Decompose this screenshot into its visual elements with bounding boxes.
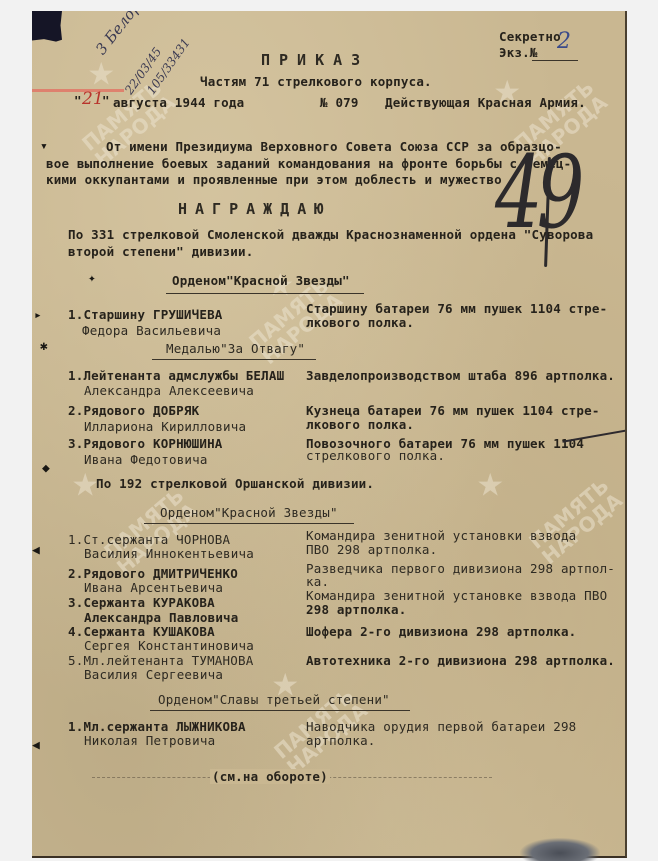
- date-quote-open: ": [74, 93, 82, 108]
- red-pencil-line: [32, 89, 124, 92]
- recipient-position-line-1: Командира зенитной установке взвода ПВО: [306, 588, 607, 603]
- watermark-text: ПАМЯТЬНАРОДА: [526, 474, 626, 567]
- recipient-rank-surname: 1.Мл.сержанта ЛЫЖНИКОВА: [68, 719, 246, 734]
- recipient-position-line-1: Шофера 2-го дивизиона 298 артполка.: [306, 624, 576, 639]
- award-heading: Орденом"Славы третьей степени": [158, 692, 390, 707]
- document-title: ПРИКАЗ: [261, 51, 369, 69]
- margin-mark: ▾: [40, 139, 48, 154]
- recipient-rank-surname: 1.Лейтенанта адмслужбы БЕЛАШ: [68, 368, 284, 383]
- recipient-position-line-1: Разведчика первого дивизиона 298 артпол-: [306, 561, 615, 576]
- recipient-position-line-2: ПВО 298 артполка.: [306, 542, 437, 557]
- document-page: ★ ПАМЯТЬНАРОДА ★ ПАМЯТЬНАРОДА ★ ПАМЯТЬНА…: [32, 11, 627, 858]
- recipient-given-names: Ивана Федотовича: [84, 452, 208, 467]
- recipient-given-names: Александра Павловича: [84, 610, 239, 625]
- recipient-position-line-1: Старшину батареи 76 мм пушек 1104 стре-: [306, 301, 607, 316]
- award-heading: Орденом"Красной Звезды": [172, 273, 350, 288]
- recipient-position-line-1: Автотехника 2-го дивизиона 298 артполка.: [306, 653, 615, 668]
- recipient-rank-surname: 2.Рядового ДМИТРИЧЕНКО: [68, 566, 238, 581]
- margin-mark: ◆: [42, 461, 50, 476]
- copy-label: Экз.№: [499, 45, 538, 60]
- recipient-position-line-1: Завделопроизводством штаба 896 артполка.: [306, 368, 615, 383]
- recipient-position-line-2: лкового полка.: [306, 315, 414, 330]
- footer-note: (см.на обороте): [210, 769, 330, 784]
- recipient-position-line-2: 298 артполка.: [306, 602, 406, 617]
- award-heading: Орденом"Красной Звезды": [160, 505, 338, 520]
- recipient-rank-surname: 2.Рядового ДОБРЯК: [68, 403, 199, 418]
- award-underline: [152, 359, 316, 360]
- preamble-line-1: От имени Президиума Верховного Совета Со…: [106, 139, 562, 154]
- award-heading: Медалью"За Отвагу": [166, 341, 305, 356]
- order-number: № 079: [320, 95, 359, 110]
- margin-mark: ◀: [32, 738, 40, 753]
- recipient-position-line-1: Кузнеца батареи 76 мм пушек 1104 стре-: [306, 403, 600, 418]
- star-watermark-icon: ★: [477, 456, 504, 507]
- recipient-given-names: Ивана Арсентьевича: [84, 580, 223, 595]
- recipient-position-line-2: стрелкового полка.: [306, 448, 445, 463]
- recipient-given-names: Василия Сергеевича: [84, 667, 223, 682]
- division-1-title-line-1: По 331 стрелковой Смоленской дважды Крас…: [68, 227, 593, 242]
- torn-corner: [32, 11, 62, 47]
- margin-mark: ▸: [34, 308, 42, 323]
- division-1-title-line-2: второй степени" дивизии.: [68, 244, 253, 259]
- recipient-given-names: Иллариона Кирилловича: [84, 419, 246, 434]
- margin-mark: ✱: [40, 339, 48, 354]
- thumb-shadow: [520, 838, 600, 861]
- preamble-line-3: кими оккупантами и проявленные при этом …: [46, 172, 502, 187]
- copy-underline: [532, 60, 578, 61]
- location-line: Действующая Красная Армия.: [385, 95, 586, 110]
- recipient-given-names: Александра Алексеевича: [84, 383, 254, 398]
- reward-heading: НАГРАЖДАЮ: [178, 200, 331, 218]
- handwritten-note-1: 3 Белорф: [92, 11, 152, 58]
- watermark-text: ПАМЯТЬНАРОДА: [101, 484, 201, 577]
- classification-label: Секретно: [499, 29, 561, 44]
- award-underline: [150, 710, 410, 711]
- recipient-rank-surname: 3.Рядового КОРНЮШИНА: [68, 436, 223, 451]
- date-text: августа 1944 года: [113, 95, 244, 110]
- recipient-position-line-2: лкового полка.: [306, 417, 414, 432]
- date-quote-close: ": [102, 93, 110, 108]
- recipient-rank-surname: 5.Мл.лейтенанта ТУМАНОВА: [68, 653, 253, 668]
- recipient-rank-surname: 4.Сержанта КУШАКОВА: [68, 624, 215, 639]
- award-underline: [144, 523, 354, 524]
- margin-mark: ◀: [32, 543, 40, 558]
- recipient-given-names: Сергея Константиновича: [84, 638, 254, 653]
- recipient-given-names: Федора Васильевича: [82, 323, 221, 338]
- margin-mark: ✦: [88, 271, 96, 286]
- addressee-line: Частям 71 стрелкового корпуса.: [200, 74, 432, 89]
- recipient-given-names: Николая Петровича: [84, 733, 215, 748]
- preamble-line-2: вое выполнение боевых заданий командован…: [46, 156, 571, 171]
- recipient-rank-surname: 1.Ст.сержанта ЧОРНОВА: [68, 532, 230, 547]
- recipient-position-line-2: ка.: [306, 574, 329, 589]
- award-underline: [166, 293, 364, 294]
- recipient-position-line-2: артполка.: [306, 733, 376, 748]
- recipient-rank-surname: 1.Старшину ГРУШИЧЕВА: [68, 307, 223, 322]
- recipient-given-names: Василия Иннокентьевича: [84, 546, 254, 561]
- recipient-position-line-1: Наводчика орудия первой батареи 298: [306, 719, 576, 734]
- recipient-rank-surname: 3.Сержанта КУРАКОВА: [68, 595, 215, 610]
- copy-number-handwritten: 2: [557, 29, 571, 54]
- date-day-handwritten: 21: [82, 89, 104, 109]
- division-2-title: По 192 стрелковой Оршанской дивизии.: [96, 476, 374, 491]
- recipient-position-line-1: Командира зенитной установки взвода: [306, 528, 576, 543]
